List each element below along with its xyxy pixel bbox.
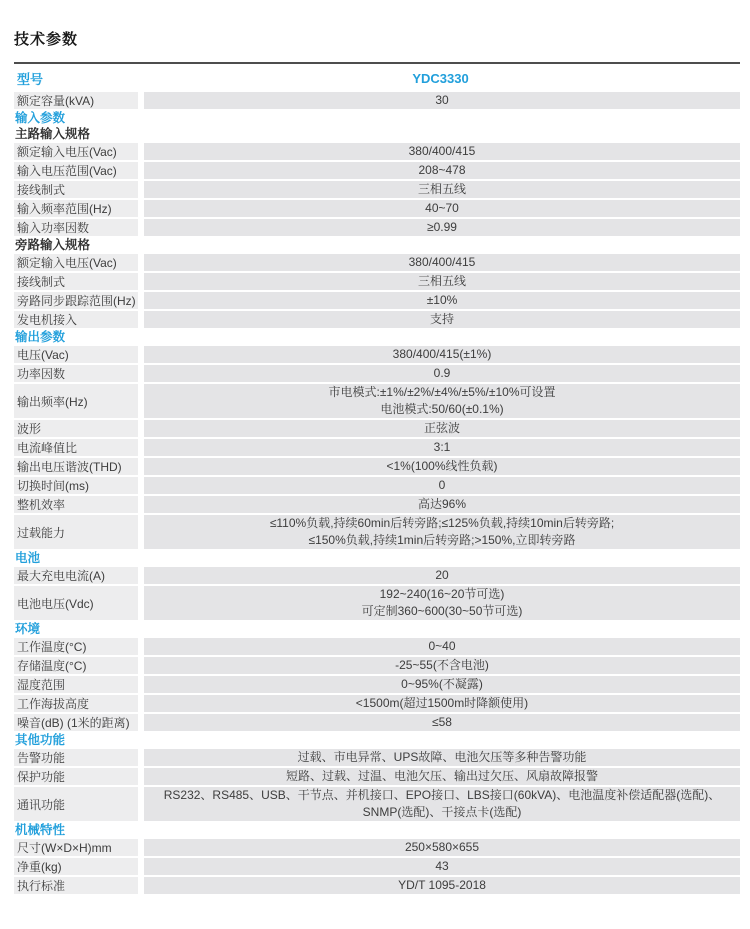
row-value-line: 正弦波 — [144, 420, 740, 437]
row-value-line: -25~55(不含电池) — [144, 657, 740, 674]
row-value-line: 208~478 — [144, 162, 740, 179]
row-value: 0~40 — [144, 638, 740, 655]
row-value-line: 380/400/415 — [144, 143, 740, 160]
row-value-line: RS232、RS485、USB、干节点、并机接口、EPO接口、LBS接口(60k… — [144, 787, 740, 804]
row-value: YD/T 1095-2018 — [144, 877, 740, 894]
section-header: 输入参数 — [14, 111, 740, 125]
section-header: 输出参数 — [14, 330, 740, 344]
row-value-line: 380/400/415(±1%) — [144, 346, 740, 363]
spec-row: 波形正弦波 — [14, 420, 740, 437]
spec-row: 通讯功能RS232、RS485、USB、干节点、并机接口、EPO接口、LBS接口… — [14, 787, 740, 821]
spec-row: 存储温度(°C)-25~55(不含电池) — [14, 657, 740, 674]
row-label: 尺寸(W×D×H)mm — [14, 839, 138, 856]
spec-row: 接线制式三相五线 — [14, 273, 740, 290]
spec-row: 尺寸(W×D×H)mm250×580×655 — [14, 839, 740, 856]
row-value-line: 43 — [144, 858, 740, 875]
row-value: ≤58 — [144, 714, 740, 731]
spec-row: 额定输入电压(Vac)380/400/415 — [14, 143, 740, 160]
row-value-line: <1500m(超过1500m时降额使用) — [144, 695, 740, 712]
spec-row: 接线制式三相五线 — [14, 181, 740, 198]
row-label: 过载能力 — [14, 515, 138, 549]
row-value: 正弦波 — [144, 420, 740, 437]
spec-row: 切换时间(ms)0 — [14, 477, 740, 494]
row-value-line: 短路、过载、过温、电池欠压、输出过欠压、风扇故障报警 — [144, 768, 740, 785]
sub-header: 主路输入规格 — [14, 127, 740, 141]
row-value: 市电模式:±1%/±2%/±4%/±5%/±10%可设置电池模式:50/60(±… — [144, 384, 740, 418]
spec-row: 功率因数0.9 — [14, 365, 740, 382]
spec-row: 电流峰值比3:1 — [14, 439, 740, 456]
row-label: 工作温度(°C) — [14, 638, 138, 655]
row-value: ≤110%负载,持续60min后转旁路;≤125%负载,持续10min后转旁路;… — [144, 515, 740, 549]
row-value-line: 三相五线 — [144, 181, 740, 198]
row-label: 旁路同步跟踪范围(Hz) — [14, 292, 138, 309]
row-value-line: <1%(100%线性负载) — [144, 458, 740, 475]
row-value-line: 0.9 — [144, 365, 740, 382]
row-label: 通讯功能 — [14, 787, 138, 821]
spec-row: 最大充电电流(A)20 — [14, 567, 740, 584]
model-label: 型号 — [14, 69, 135, 88]
row-label: 净重(kg) — [14, 858, 138, 875]
spec-row: 额定容量(kVA)30 — [14, 92, 740, 109]
row-label: 额定输入电压(Vac) — [14, 254, 138, 271]
page-title: 技术参数 — [14, 28, 740, 49]
row-label: 接线制式 — [14, 181, 138, 198]
row-value-line: 过载、市电异常、UPS故障、电池欠压等多种告警功能 — [144, 749, 740, 766]
row-label: 湿度范围 — [14, 676, 138, 693]
spec-row: 工作海拔高度<1500m(超过1500m时降额使用) — [14, 695, 740, 712]
row-value: RS232、RS485、USB、干节点、并机接口、EPO接口、LBS接口(60k… — [144, 787, 740, 821]
row-label: 功率因数 — [14, 365, 138, 382]
row-value: 380/400/415 — [144, 143, 740, 160]
row-value-line: 高达96% — [144, 496, 740, 513]
row-label: 输出频率(Hz) — [14, 384, 138, 418]
row-label: 电池电压(Vdc) — [14, 586, 138, 620]
row-label: 输入频率范围(Hz) — [14, 200, 138, 217]
spec-row: 工作温度(°C)0~40 — [14, 638, 740, 655]
row-label: 噪音(dB) (1米的距离) — [14, 714, 138, 731]
row-label: 输入功率因数 — [14, 219, 138, 236]
spec-row: 电池电压(Vdc)192~240(16~20节可选)可定制360~600(30~… — [14, 586, 740, 620]
row-value: 高达96% — [144, 496, 740, 513]
spec-row: 保护功能短路、过载、过温、电池欠压、输出过欠压、风扇故障报警 — [14, 768, 740, 785]
spec-row: 过载能力≤110%负载,持续60min后转旁路;≤125%负载,持续10min后… — [14, 515, 740, 549]
row-value: 3:1 — [144, 439, 740, 456]
row-label: 输出电压谐波(THD) — [14, 458, 138, 475]
spec-row: 电压(Vac)380/400/415(±1%) — [14, 346, 740, 363]
row-label: 执行标准 — [14, 877, 138, 894]
row-value: 208~478 — [144, 162, 740, 179]
row-value-line: 可定制360~600(30~50节可选) — [144, 603, 740, 620]
row-value: 过载、市电异常、UPS故障、电池欠压等多种告警功能 — [144, 749, 740, 766]
row-value-line: ±10% — [144, 292, 740, 309]
spec-row: 发电机接入支持 — [14, 311, 740, 328]
row-value-line: 0~40 — [144, 638, 740, 655]
spec-row: 输入功率因数≥0.99 — [14, 219, 740, 236]
row-value-line: 0 — [144, 477, 740, 494]
spec-row: 告警功能过载、市电异常、UPS故障、电池欠压等多种告警功能 — [14, 749, 740, 766]
row-value: -25~55(不含电池) — [144, 657, 740, 674]
row-value-line: 电池模式:50/60(±0.1%) — [144, 401, 740, 418]
spec-row: 净重(kg)43 — [14, 858, 740, 875]
row-value-line: 3:1 — [144, 439, 740, 456]
spec-row: 湿度范围0~95%(不凝露) — [14, 676, 740, 693]
spec-table: 型号YDC3330额定容量(kVA)30输入参数主路输入规格额定输入电压(Vac… — [14, 64, 740, 894]
row-value: 0 — [144, 477, 740, 494]
row-value: 三相五线 — [144, 273, 740, 290]
row-label: 接线制式 — [14, 273, 138, 290]
row-label: 发电机接入 — [14, 311, 138, 328]
row-value: 380/400/415(±1%) — [144, 346, 740, 363]
row-value: 30 — [144, 92, 740, 109]
spec-sheet-page: 技术参数 型号YDC3330额定容量(kVA)30输入参数主路输入规格额定输入电… — [0, 0, 750, 929]
section-header: 环境 — [14, 622, 740, 636]
row-label: 额定容量(kVA) — [14, 92, 138, 109]
spec-row: 输入电压范围(Vac)208~478 — [14, 162, 740, 179]
row-value-line: 192~240(16~20节可选) — [144, 586, 740, 603]
spec-row: 输入频率范围(Hz)40~70 — [14, 200, 740, 217]
row-value: 短路、过载、过温、电池欠压、输出过欠压、风扇故障报警 — [144, 768, 740, 785]
spec-row: 噪音(dB) (1米的距离)≤58 — [14, 714, 740, 731]
row-value-line: 支持 — [144, 311, 740, 328]
row-value-line: 250×580×655 — [144, 839, 740, 856]
row-label: 最大充电电流(A) — [14, 567, 138, 584]
row-value: ≥0.99 — [144, 219, 740, 236]
section-header: 其他功能 — [14, 733, 740, 747]
row-value: ±10% — [144, 292, 740, 309]
row-value: 支持 — [144, 311, 740, 328]
row-label: 存储温度(°C) — [14, 657, 138, 674]
section-header: 机械特性 — [14, 823, 740, 837]
model-row: 型号YDC3330 — [14, 64, 740, 92]
model-value: YDC3330 — [141, 71, 740, 86]
row-value-line: 380/400/415 — [144, 254, 740, 271]
sub-header: 旁路输入规格 — [14, 238, 740, 252]
row-value-line: ≤110%负载,持续60min后转旁路;≤125%负载,持续10min后转旁路; — [144, 515, 740, 532]
row-value-line: 三相五线 — [144, 273, 740, 290]
row-value-line: YD/T 1095-2018 — [144, 877, 740, 894]
row-value: 192~240(16~20节可选)可定制360~600(30~50节可选) — [144, 586, 740, 620]
row-value: 0.9 — [144, 365, 740, 382]
row-value: 43 — [144, 858, 740, 875]
spec-row: 输出电压谐波(THD)<1%(100%线性负载) — [14, 458, 740, 475]
row-value: 380/400/415 — [144, 254, 740, 271]
row-value: 20 — [144, 567, 740, 584]
row-value: 250×580×655 — [144, 839, 740, 856]
spec-row: 输出频率(Hz)市电模式:±1%/±2%/±4%/±5%/±10%可设置电池模式… — [14, 384, 740, 418]
section-header: 电池 — [14, 551, 740, 565]
row-value-line: ≤150%负载,持续1min后转旁路;>150%,立即转旁路 — [144, 532, 740, 549]
row-label: 电流峰值比 — [14, 439, 138, 456]
row-label: 告警功能 — [14, 749, 138, 766]
spec-row: 旁路同步跟踪范围(Hz)±10% — [14, 292, 740, 309]
row-value: 40~70 — [144, 200, 740, 217]
row-value-line: 30 — [144, 92, 740, 109]
row-label: 电压(Vac) — [14, 346, 138, 363]
spec-row: 额定输入电压(Vac)380/400/415 — [14, 254, 740, 271]
row-label: 输入电压范围(Vac) — [14, 162, 138, 179]
row-label: 保护功能 — [14, 768, 138, 785]
row-label: 工作海拔高度 — [14, 695, 138, 712]
row-label: 波形 — [14, 420, 138, 437]
row-value: 三相五线 — [144, 181, 740, 198]
row-value-line: 0~95%(不凝露) — [144, 676, 740, 693]
spec-row: 整机效率高达96% — [14, 496, 740, 513]
row-value: <1500m(超过1500m时降额使用) — [144, 695, 740, 712]
row-label: 切换时间(ms) — [14, 477, 138, 494]
row-value: <1%(100%线性负载) — [144, 458, 740, 475]
row-value-line: SNMP(选配)、干接点卡(选配) — [144, 804, 740, 821]
row-value-line: ≤58 — [144, 714, 740, 731]
row-value-line: 市电模式:±1%/±2%/±4%/±5%/±10%可设置 — [144, 384, 740, 401]
row-value-line: ≥0.99 — [144, 219, 740, 236]
spec-row: 执行标准YD/T 1095-2018 — [14, 877, 740, 894]
row-label: 整机效率 — [14, 496, 138, 513]
row-label: 额定输入电压(Vac) — [14, 143, 138, 160]
row-value-line: 20 — [144, 567, 740, 584]
row-value-line: 40~70 — [144, 200, 740, 217]
row-value: 0~95%(不凝露) — [144, 676, 740, 693]
